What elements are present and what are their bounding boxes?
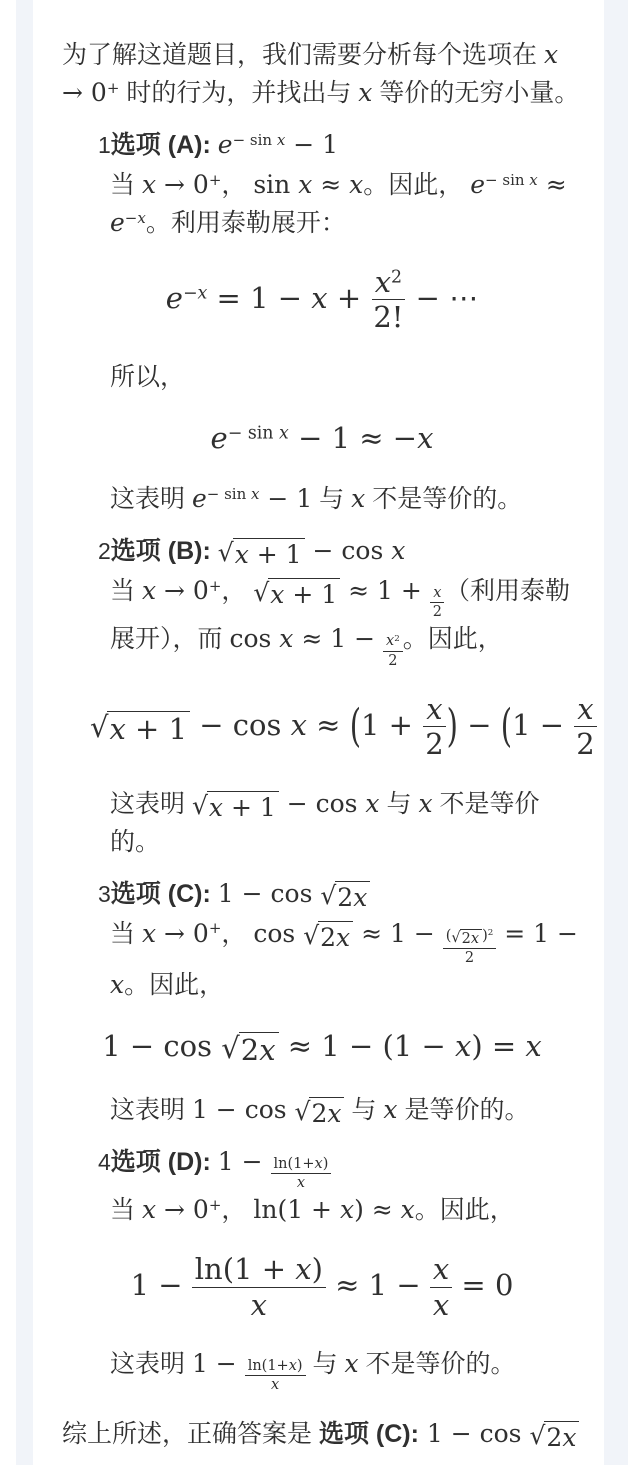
- formula-option-d-approx: 1 − ln(1 + x)x ≈ 1 − xx = 0: [62, 1253, 582, 1321]
- formula-option-c-approx: 1 − cos √2x ≈ 1 − (1 − x) = x: [62, 1028, 582, 1066]
- option-b-expression: √x + 1 − cos x: [218, 537, 406, 565]
- option-b-analysis: 当 x → 0+， √x + 1 ≈ 1 + x2（利用泰勒展开），而 cos …: [110, 572, 582, 669]
- option-c-heading: 3选项 (C):1 − cos √2x: [98, 873, 582, 915]
- intro-paragraph: 为了解这道题目，我们需要分析每个选项在 x → 0+ 时的行为，并找出与 x 等…: [62, 36, 582, 112]
- formula-option-a-approx: e− sin x − 1 ≈ −x: [62, 420, 582, 456]
- option-c-analysis: 当 x → 0+， cos √2x ≈ 1 − (√2x)22 = 1 − x。…: [110, 915, 582, 1005]
- formula-taylor-exp: e−x = 1 − x + x22! − ⋯: [62, 266, 582, 334]
- option-c-expression: 1 − cos √2x: [218, 880, 371, 908]
- item-number: 4: [98, 1149, 111, 1175]
- item-number: 3: [98, 881, 111, 907]
- option-c-conclusion: 这表明 1 − cos √2x 与 x 是等价的。: [110, 1091, 582, 1129]
- solution-document: 为了解这道题目，我们需要分析每个选项在 x → 0+ 时的行为，并找出与 x 等…: [33, 0, 604, 1465]
- option-d-label: 选项 (D):: [111, 1148, 211, 1176]
- left-gutter: [16, 0, 33, 1465]
- option-a-label: 选项 (A):: [111, 131, 211, 159]
- option-a-conclusion: 这表明 e− sin x − 1 与 x 不是等价的。: [110, 480, 582, 518]
- option-c-label: 选项 (C):: [111, 880, 211, 908]
- option-d-heading: 4选项 (D):1 − ln(1+x)x: [98, 1141, 582, 1191]
- option-b-label: 选项 (B):: [111, 537, 211, 565]
- option-a-expression: e− sin x − 1: [218, 131, 338, 159]
- item-number: 2: [98, 538, 111, 564]
- option-a-analysis: 当 x → 0+， sin x ≈ x。因此， e− sin x ≈ e−x。利…: [110, 166, 582, 242]
- option-d-analysis: 当 x → 0+， ln(1 + x) ≈ x。因此，: [110, 1191, 582, 1229]
- option-a-so-paragraph: 所以，: [110, 358, 582, 396]
- option-a-heading: 1选项 (A):e− sin x − 1: [98, 124, 582, 166]
- option-d-expression: 1 − ln(1+x)x: [218, 1148, 332, 1176]
- item-number: 1: [98, 132, 111, 158]
- right-gutter: [604, 0, 628, 1465]
- option-d-conclusion: 这表明 1 − ln(1+x)x 与 x 不是等价的。: [110, 1345, 582, 1393]
- option-b-conclusion: 这表明 √x + 1 − cos x 与 x 不是等价的。: [110, 785, 582, 861]
- final-conclusion: 综上所述，正确答案是 选项 (C): 1 − cos √2x: [62, 1413, 582, 1455]
- formula-option-b-expansion: √x + 1 − cos x ≈ (1 + x2) − (1 − x2: [90, 693, 604, 761]
- option-b-heading: 2选项 (B):√x + 1 − cos x: [98, 530, 582, 572]
